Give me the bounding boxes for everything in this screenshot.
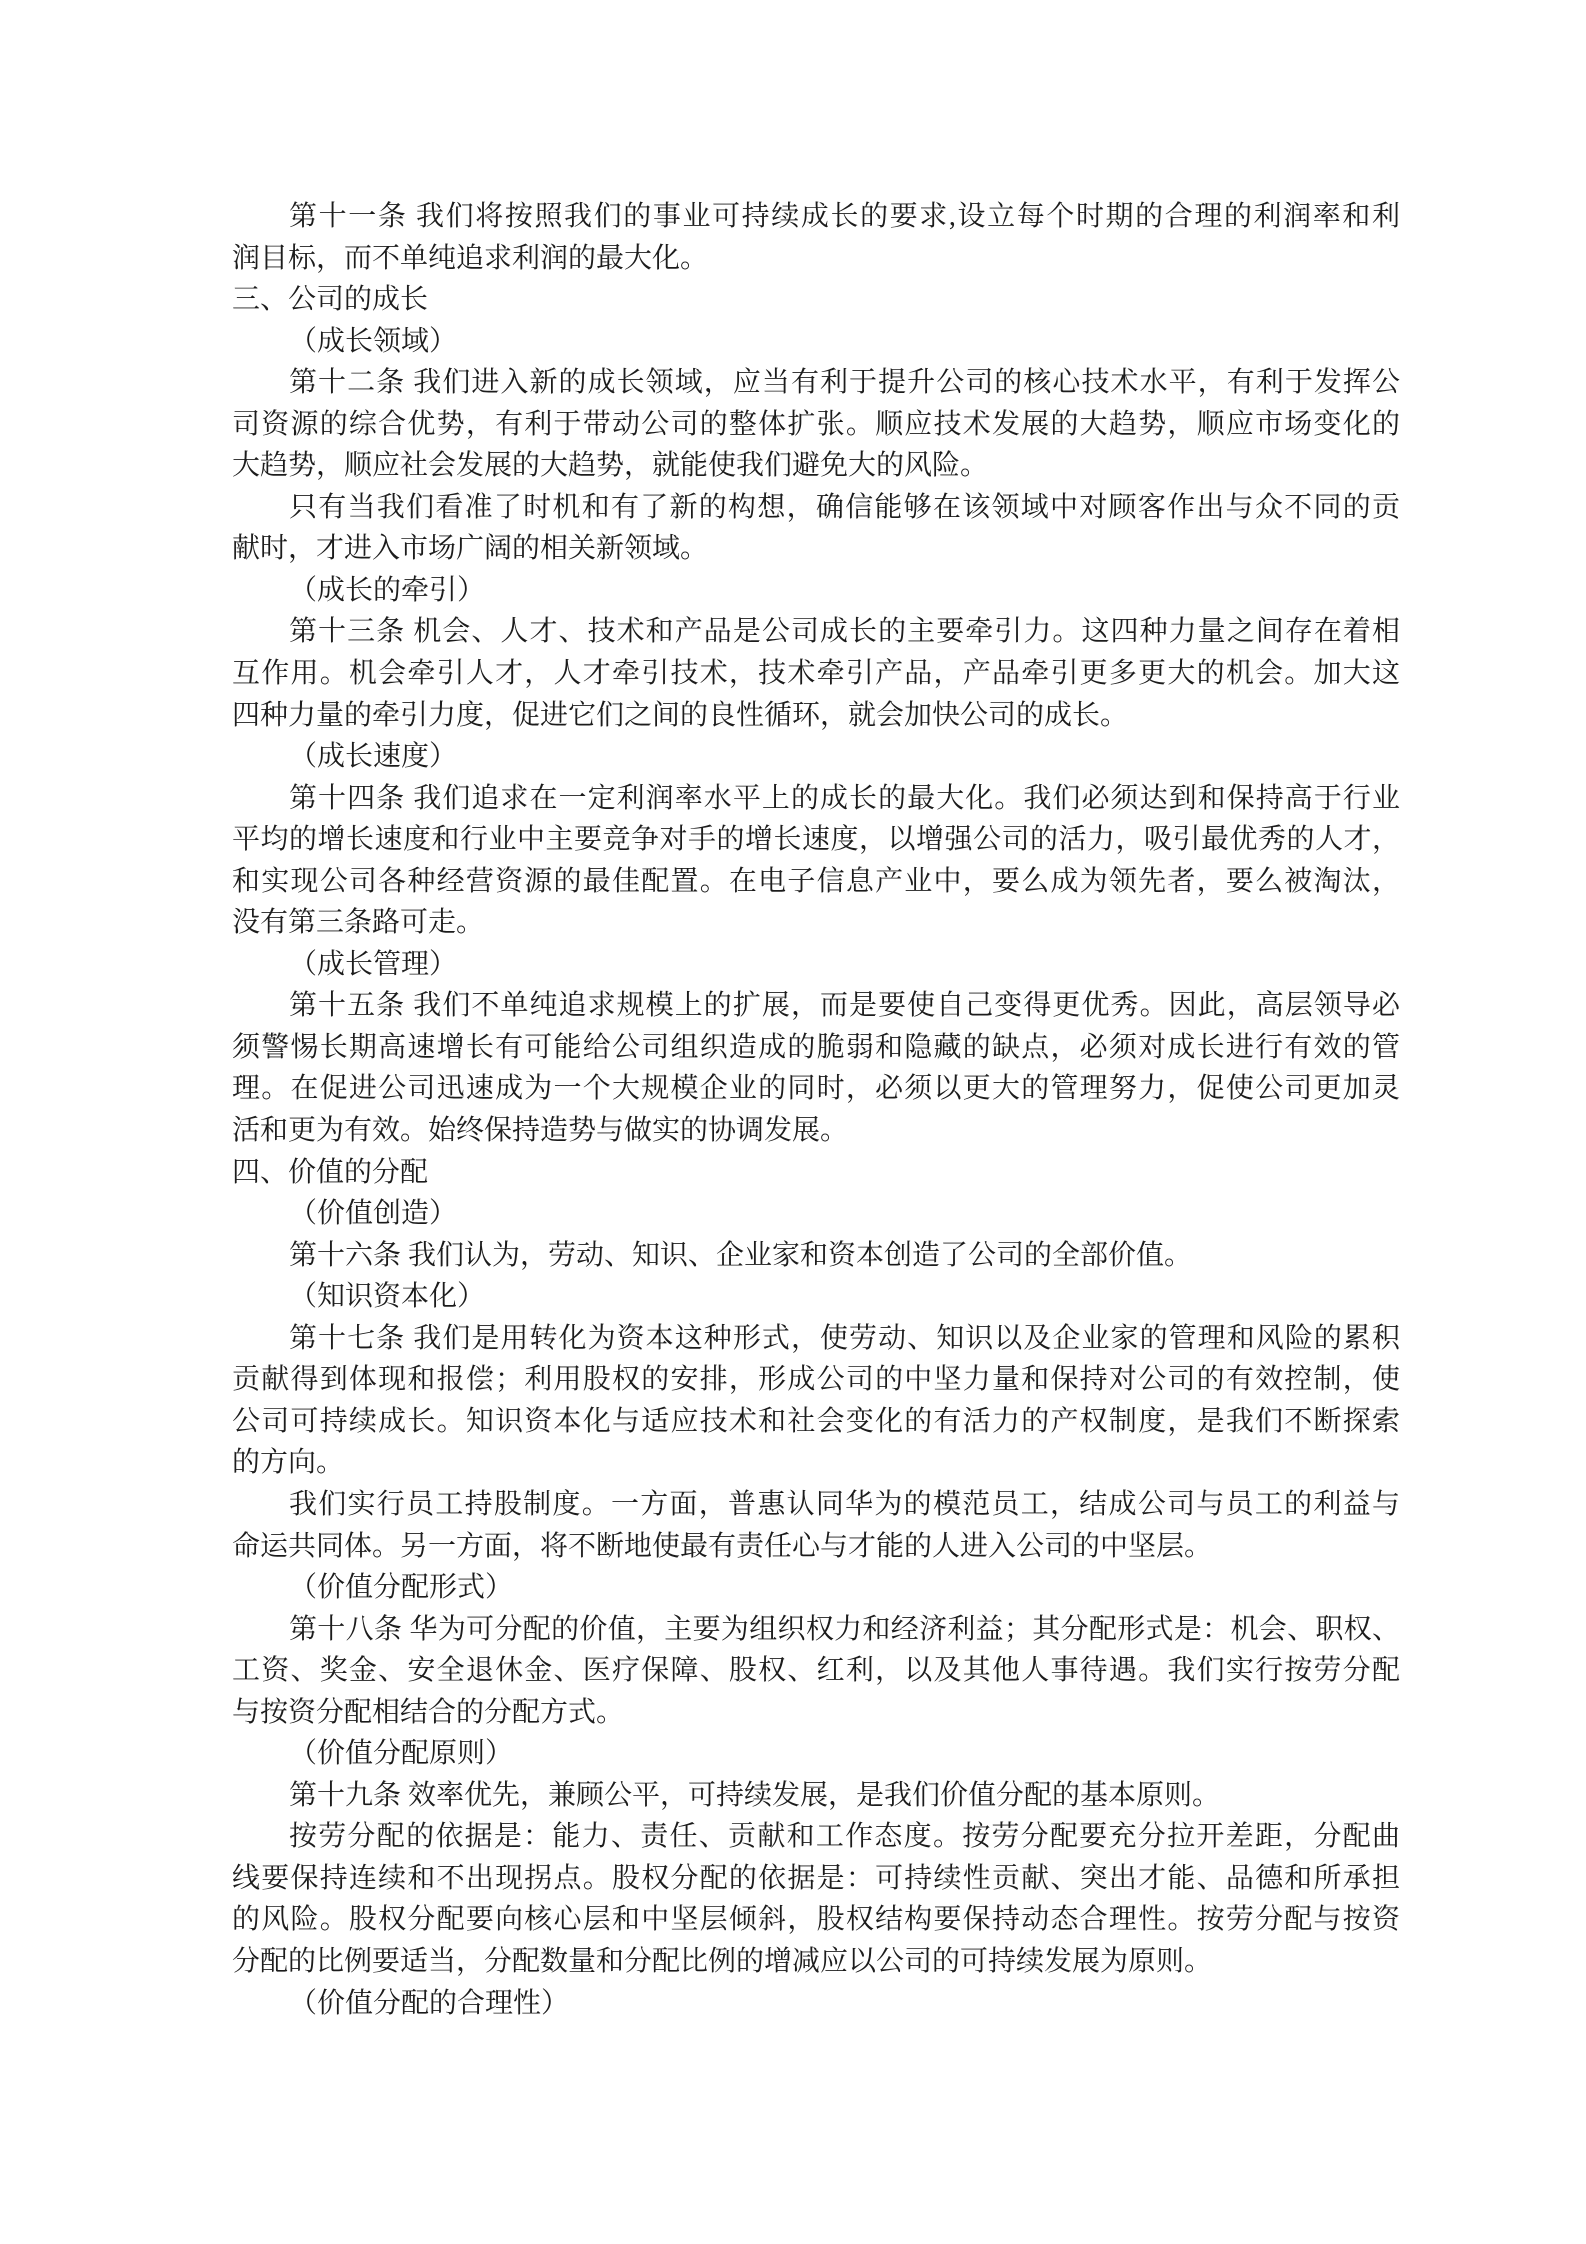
text-line: 的方向。 xyxy=(232,1442,1400,1484)
text-line: 和实现公司各种经营资源的最佳配置。在电子信息产业中，要么成为领先者，要么被淘汰， xyxy=(232,861,1400,903)
text-line: 第十一条 我们将按照我们的事业可持续成长的要求,设立每个时期的合理的利润率和利 xyxy=(232,196,1400,238)
text-line: 司资源的综合优势，有利于带动公司的整体扩张。顺应技术发展的大趋势，顺应市场变化的 xyxy=(232,404,1400,446)
text-line: 活和更为有效。始终保持造势与做实的协调发展。 xyxy=(232,1110,1400,1152)
text-line: 命运共同体。另一方面，将不断地使最有责任心与才能的人进入公司的中坚层。 xyxy=(232,1526,1400,1568)
text-line: （成长领域） xyxy=(232,321,1400,363)
document-body: 第十一条 我们将按照我们的事业可持续成长的要求,设立每个时期的合理的利润率和利润… xyxy=(232,196,1400,2024)
text-line: （成长管理） xyxy=(232,944,1400,986)
text-line: 第十七条 我们是用转化为资本这种形式，使劳动、知识以及企业家的管理和风险的累积 xyxy=(232,1318,1400,1360)
text-line: 只有当我们看准了时机和有了新的构想，确信能够在该领域中对顾客作出与众不同的贡 xyxy=(232,487,1400,529)
text-line: 第十五条 我们不单纯追求规模上的扩展，而是要使自己变得更优秀。因此，高层领导必 xyxy=(232,985,1400,1027)
text-line: 分配的比例要适当，分配数量和分配比例的增减应以公司的可持续发展为原则。 xyxy=(232,1941,1400,1983)
text-line: 平均的增长速度和行业中主要竞争对手的增长速度，以增强公司的活力，吸引最优秀的人才… xyxy=(232,819,1400,861)
text-line: 线要保持连续和不出现拐点。股权分配的依据是：可持续性贡献、突出才能、品德和所承担 xyxy=(232,1858,1400,1900)
document-page: 第十一条 我们将按照我们的事业可持续成长的要求,设立每个时期的合理的利润率和利润… xyxy=(0,0,1586,2244)
text-line: 献时，才进入市场广阔的相关新领域。 xyxy=(232,528,1400,570)
text-line: 四种力量的牵引力度，促进它们之间的良性循环，就会加快公司的成长。 xyxy=(232,695,1400,737)
text-line: 公司可持续成长。知识资本化与适应技术和社会变化的有活力的产权制度，是我们不断探索 xyxy=(232,1401,1400,1443)
text-line: 与按资分配相结合的分配方式。 xyxy=(232,1692,1400,1734)
text-line: 三、公司的成长 xyxy=(232,279,1400,321)
text-line: （成长速度） xyxy=(232,736,1400,778)
text-line: 按劳分配的依据是：能力、责任、贡献和工作态度。按劳分配要充分拉开差距，分配曲 xyxy=(232,1816,1400,1858)
text-line: 我们实行员工持股制度。一方面，普惠认同华为的模范员工，结成公司与员工的利益与 xyxy=(232,1484,1400,1526)
text-line: 第十四条 我们追求在一定利润率水平上的成长的最大化。我们必须达到和保持高于行业 xyxy=(232,778,1400,820)
text-line: 第十六条 我们认为，劳动、知识、企业家和资本创造了公司的全部价值。 xyxy=(232,1235,1400,1277)
text-line: （价值创造） xyxy=(232,1193,1400,1235)
text-line: 第十八条 华为可分配的价值，主要为组织权力和经济利益；其分配形式是：机会、职权、 xyxy=(232,1609,1400,1651)
text-line: 理。在促进公司迅速成为一个大规模企业的同时，必须以更大的管理努力，促使公司更加灵 xyxy=(232,1068,1400,1110)
text-line: 的风险。股权分配要向核心层和中坚层倾斜，股权结构要保持动态合理性。按劳分配与按资 xyxy=(232,1899,1400,1941)
text-line: 工资、奖金、安全退休金、医疗保障、股权、红利，以及其他人事待遇。我们实行按劳分配 xyxy=(232,1650,1400,1692)
text-line: 第十九条 效率优先，兼顾公平，可持续发展，是我们价值分配的基本原则。 xyxy=(232,1775,1400,1817)
text-line: 须警惕长期高速增长有可能给公司组织造成的脆弱和隐藏的缺点，必须对成长进行有效的管 xyxy=(232,1027,1400,1069)
text-line: （价值分配形式） xyxy=(232,1567,1400,1609)
text-line: （知识资本化） xyxy=(232,1276,1400,1318)
text-line: 贡献得到体现和报偿；利用股权的安排，形成公司的中坚力量和保持对公司的有效控制，使 xyxy=(232,1359,1400,1401)
text-line: 大趋势，顺应社会发展的大趋势，就能使我们避免大的风险。 xyxy=(232,445,1400,487)
text-line: 润目标，而不单纯追求利润的最大化。 xyxy=(232,238,1400,280)
text-line: 没有第三条路可走。 xyxy=(232,902,1400,944)
text-line: 第十三条 机会、人才、技术和产品是公司成长的主要牵引力。这四种力量之间存在着相 xyxy=(232,611,1400,653)
text-line: 第十二条 我们进入新的成长领域，应当有利于提升公司的核心技术水平，有利于发挥公 xyxy=(232,362,1400,404)
text-line: 互作用。机会牵引人才，人才牵引技术，技术牵引产品，产品牵引更多更大的机会。加大这 xyxy=(232,653,1400,695)
text-line: （价值分配原则） xyxy=(232,1733,1400,1775)
text-line: 四、价值的分配 xyxy=(232,1152,1400,1194)
text-line: （价值分配的合理性） xyxy=(232,1983,1400,2025)
text-line: （成长的牵引） xyxy=(232,570,1400,612)
